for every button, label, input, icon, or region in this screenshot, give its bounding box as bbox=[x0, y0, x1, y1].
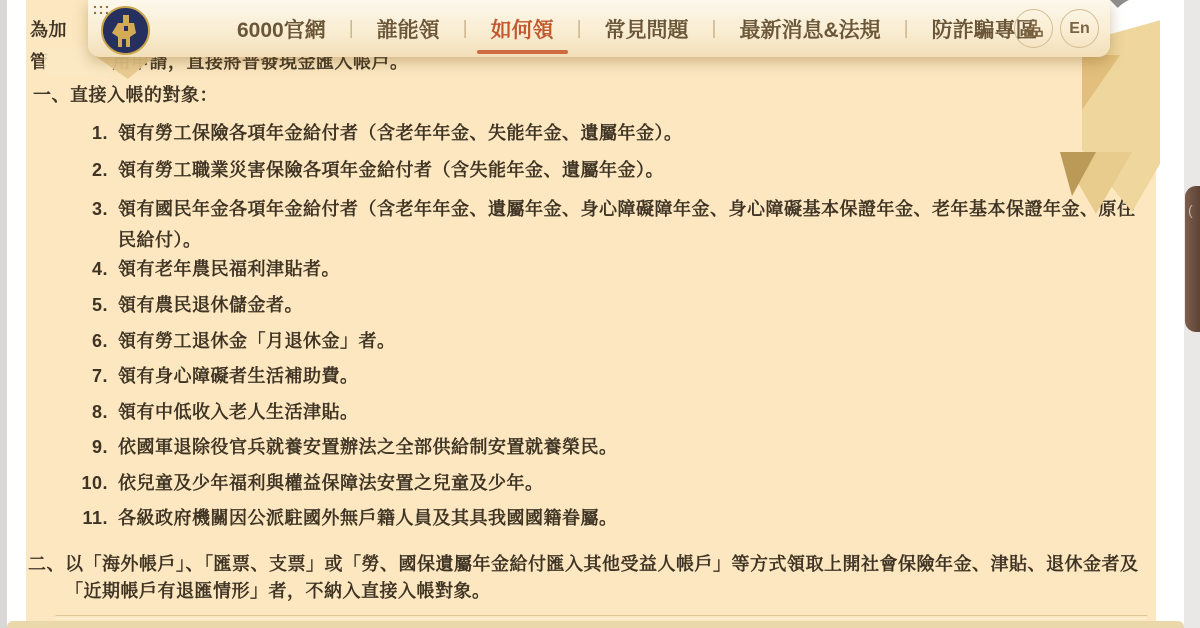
list-number: 6. bbox=[30, 328, 108, 354]
section2-prefix: 二、 bbox=[28, 554, 65, 574]
list-number: 5. bbox=[30, 292, 108, 318]
sitemap-button[interactable] bbox=[1014, 9, 1053, 48]
list-item: 9. 依國軍退除役官兵就養安置辦法之全部供給制安置就養榮民。 bbox=[30, 434, 1152, 460]
list-text: 依國軍退除役官兵就養安置辦法之全部供給制安置就養榮民。 bbox=[118, 434, 618, 460]
list-text: 領有農民退休儲金者。 bbox=[118, 292, 303, 318]
list-text: 領有勞工職業災害保險各項年金給付者（含失能年金、遺屬年金）。 bbox=[118, 157, 664, 183]
spade-coin-emblem bbox=[110, 14, 142, 48]
list-text: 各級政府機關因公派駐國外無戶籍人員及其具我國國籍眷屬。 bbox=[118, 505, 618, 531]
list-item: 7. 領有身心障礙者生活補助費。 bbox=[30, 363, 1152, 389]
list-number: 8. bbox=[30, 399, 108, 425]
list-item: 8. 領有中低收入老人生活津貼。 bbox=[30, 399, 1152, 425]
section2-paragraph: 二、以「海外帳戶」、「匯票、支票」或「勞、國保遺屬年金給付匯入其他受益人帳戶」等… bbox=[28, 551, 1155, 605]
nav-item-official-site[interactable]: 6000官網 bbox=[214, 14, 349, 44]
list-number: 4. bbox=[30, 256, 108, 282]
section2-text: 以「海外帳戶」、「匯票、支票」或「勞、國保遺屬年金給付匯入其他受益人帳戶」等方式… bbox=[65, 554, 1139, 601]
list-text: 依兒童及少年福利與權益保障法安置之兒童及少年。 bbox=[118, 470, 544, 496]
list-item: 10. 依兒童及少年福利與權益保障法安置之兒童及少年。 bbox=[30, 470, 1152, 496]
list-item: 1. 領有勞工保險各項年金給付者（含老年年金、失能年金、遺屬年金）。 bbox=[30, 120, 1152, 146]
nav-menu: 6000官網 | 誰能領 | 如何領 | 常見問題 | 最新消息&法規 | 防詐… bbox=[214, 0, 1060, 57]
nav-item-news-regulations[interactable]: 最新消息&法規 bbox=[716, 14, 903, 44]
list-number: 9. bbox=[30, 434, 108, 460]
next-section-edge bbox=[7, 621, 1184, 628]
list-text: 領有勞工退休金「月退休金」者。 bbox=[118, 328, 396, 354]
language-toggle-button[interactable]: En bbox=[1060, 9, 1099, 48]
section1-heading: 一、直接入帳的對象： bbox=[33, 82, 218, 108]
side-tab-glyph: ( bbox=[1188, 202, 1193, 218]
list-text: 領有身心障礙者生活補助費。 bbox=[118, 363, 359, 389]
nav-item-faq[interactable]: 常見問題 bbox=[582, 14, 712, 44]
ministry-of-finance-logo[interactable] bbox=[101, 6, 150, 55]
nav-item-how-to-claim[interactable]: 如何領 bbox=[468, 14, 577, 44]
section-divider bbox=[55, 615, 1148, 619]
list-item: 5. 領有農民退休儲金者。 bbox=[30, 292, 1152, 318]
list-number: 3. bbox=[30, 194, 108, 256]
dots-pattern bbox=[92, 4, 108, 15]
list-number: 7. bbox=[30, 363, 108, 389]
list-text: 領有國民年金各項年金給付者（含老年年金、遺屬年金、身心障礙障年金、身心障礙基本保… bbox=[118, 194, 1150, 256]
nav-item-who-can-claim[interactable]: 誰能領 bbox=[354, 14, 463, 44]
side-tab[interactable]: ( bbox=[1185, 186, 1200, 332]
list-item: 11. 各級政府機關因公派駐國外無戶籍人員及其具我國國籍眷屬。 bbox=[30, 505, 1152, 531]
list-text: 領有勞工保險各項年金給付者（含老年年金、失能年金、遺屬年金）。 bbox=[118, 120, 683, 146]
top-navbar: 6000官網 | 誰能領 | 如何領 | 常見問題 | 最新消息&法規 | 防詐… bbox=[88, 0, 1110, 57]
left-edge-strip bbox=[0, 0, 7, 628]
list-text: 領有老年農民福利津貼者。 bbox=[118, 256, 340, 282]
list-item: 2. 領有勞工職業災害保險各項年金給付者（含失能年金、遺屬年金）。 bbox=[30, 157, 1152, 183]
list-item: 6. 領有勞工退休金「月退休金」者。 bbox=[30, 328, 1152, 354]
sitemap-icon bbox=[1024, 19, 1043, 38]
list-number: 2. bbox=[30, 157, 108, 183]
list-number: 1. bbox=[30, 120, 108, 146]
list-text: 領有中低收入老人生活津貼。 bbox=[118, 399, 359, 425]
list-number: 11. bbox=[30, 505, 108, 531]
list-item: 4. 領有老年農民福利津貼者。 bbox=[30, 256, 1152, 282]
intro-line-1: 為加 bbox=[30, 17, 67, 43]
list-number: 10. bbox=[30, 470, 108, 496]
list-item: 3. 領有國民年金各項年金給付者（含老年年金、遺屬年金、身心障礙障年金、身心障礙… bbox=[30, 194, 1152, 256]
